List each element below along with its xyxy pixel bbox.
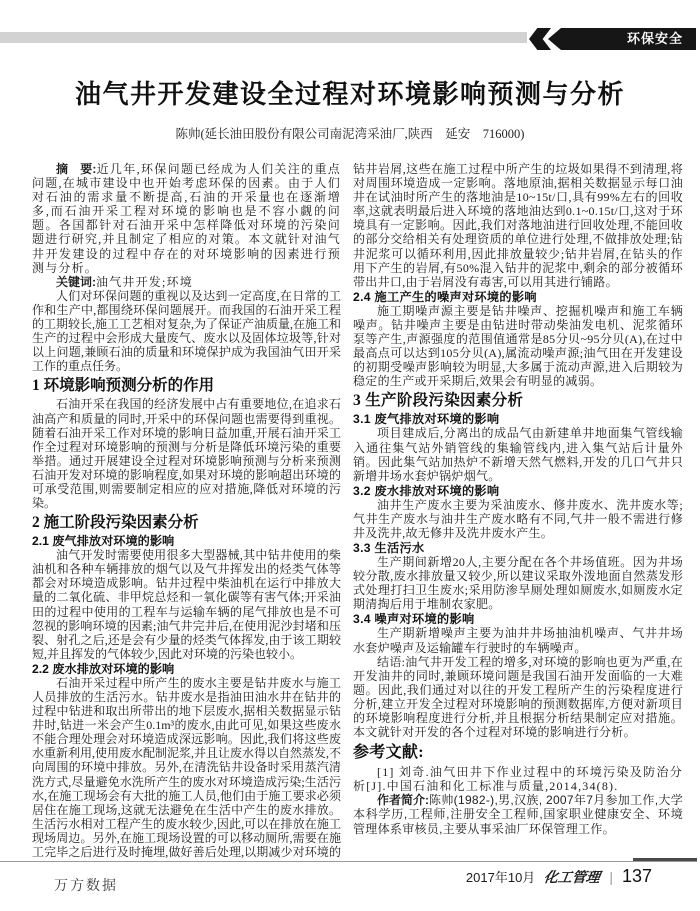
paragraph-3-4: 生产期新增噪声主要为油井井场抽油机噪声、气井井场水套炉噪声及运输罐车行驶时的车辆… (353, 626, 683, 654)
subsection-heading-2-4: 2.4 施工产生的噪声对环境的影响 (353, 290, 683, 304)
author-bio-label: 作者简介: (377, 793, 429, 807)
reference-1: [1] 刘奇.油气田井下作业过程中的环境污染及防治分析[J].中国石油和化工标准… (353, 765, 683, 793)
references-heading: 参考文献: (353, 743, 683, 763)
subsection-heading-3-4: 3.4 噪声对环境的影响 (353, 612, 683, 626)
paragraph-2-3-continued: 钻井岩屑,这些在施工过程中所产生的垃圾如果得不到清理,将对周围环境造成一定影响。… (353, 162, 683, 289)
journal-page: 环保安全 油气井开发建设全过程对环境影响预测与分析 陈帅(延长油田股份有限公司南… (0, 0, 700, 911)
footer-rule (0, 861, 697, 862)
subsection-heading-2-1: 2.1 废气排放对环境的影响 (32, 534, 341, 548)
subsection-heading-3-2: 3.2 废水排放对环境的影响 (353, 484, 683, 498)
article-body: 摘 要:近几年,环保问题已经成为人们关注的重点问题,在城市建设中也开始考虑环保的… (32, 162, 700, 858)
section-heading-2: 2 施工阶段污染因素分析 (32, 513, 341, 532)
issue-date: 2017年10月 (466, 867, 535, 886)
keywords-text: 油气井开发;环境 (96, 275, 193, 289)
section-heading-3: 3 生产阶段污染因素分析 (353, 391, 683, 410)
footer-info: 2017年10月 化工管理 | 137 (466, 866, 652, 887)
subsection-heading-2-2: 2.2 废水排放对环境的影响 (32, 662, 341, 676)
footer-rule-accent (633, 858, 697, 861)
article-title: 油气井开发建设全过程对环境影响预测与分析 (0, 0, 700, 111)
page-number: 137 (622, 866, 652, 887)
author-line: 陈帅(延长油田股份有限公司南泥湾采油厂,陕西 延安 716000) (0, 124, 700, 142)
paragraph-2-2: 石油开采过程中所产生的废水主要是钻井废水与施工人员排放的生活污水。钻井废水是指油… (32, 676, 341, 858)
keywords-paragraph: 关键词:油气井开发;环境 (32, 275, 341, 289)
footer-separator: | (609, 869, 613, 885)
header-rule (0, 32, 527, 43)
abstract-text: 近几年,环保问题已经成为人们关注的重点问题,在城市建设中也开始考虑环保的因素。由… (32, 162, 341, 275)
paragraph-3-1: 项目建成后,分离出的成品气由新建单井地面集气管线输入通往集气站外销管线的集输管线… (353, 426, 683, 482)
right-column: 钻井岩屑,这些在施工过程中所产生的垃圾如果得不到清理,将对周围环境造成一定影响。… (353, 162, 683, 858)
column-category-tag: 环保安全 (545, 28, 696, 50)
conclusion-paragraph: 结语:油气井开发工程的增多,对环境的影响也更为严重,在开发油井的同时,兼顾环境问… (353, 655, 683, 740)
section-heading-1: 1 环境影响预测分析的作用 (32, 376, 341, 395)
wanfang-watermark: 万方数据 (54, 875, 118, 895)
keywords-label: 关键词: (56, 275, 96, 289)
subsection-heading-3-3: 3.3 生活污水 (353, 541, 683, 555)
paragraph-3-3: 生产期间新增20人,主要分配在各个井场值班。因为井场较分散,废水排放量又较少,所… (353, 555, 683, 611)
paragraph-3-2: 油井生产废水主要为采油废水、修井废水、洗井废水等;气井生产废水与油井生产废水略有… (353, 498, 683, 540)
abstract-label: 摘 要: (56, 162, 96, 176)
intro-paragraph: 人们对环保问题的重视以及达到一定高度,在日常的工作和生产中,都围绕环保问题展开。… (32, 289, 341, 374)
abstract-paragraph: 摘 要:近几年,环保问题已经成为人们关注的重点问题,在城市建设中也开始考虑环保的… (32, 162, 341, 275)
paragraph-2-1: 油气开发时需要使用很多大型器械,其中钻井使用的柴油机和各种车辆排放的烟气以及气井… (32, 548, 341, 661)
paragraph-1: 石油开采在我国的经济发展中占有重要地位,在追求石油高产和质量的同时,开采中的环保… (32, 397, 341, 510)
author-bio: 作者简介:陈帅(1982-),男,汉族, 2007年7月参加工作,大学本科学历,… (353, 793, 683, 835)
left-column: 摘 要:近几年,环保问题已经成为人们关注的重点问题,在城市建设中也开始考虑环保的… (32, 162, 341, 858)
journal-logo: 化工管理 (543, 867, 602, 887)
paragraph-2-4: 施工期噪声源主要是钻井噪声、挖掘机噪声和施工车辆噪声。钻井噪声主要是由钻进时带动… (353, 304, 683, 389)
subsection-heading-3-1: 3.1 废气排放对环境的影响 (353, 412, 683, 426)
